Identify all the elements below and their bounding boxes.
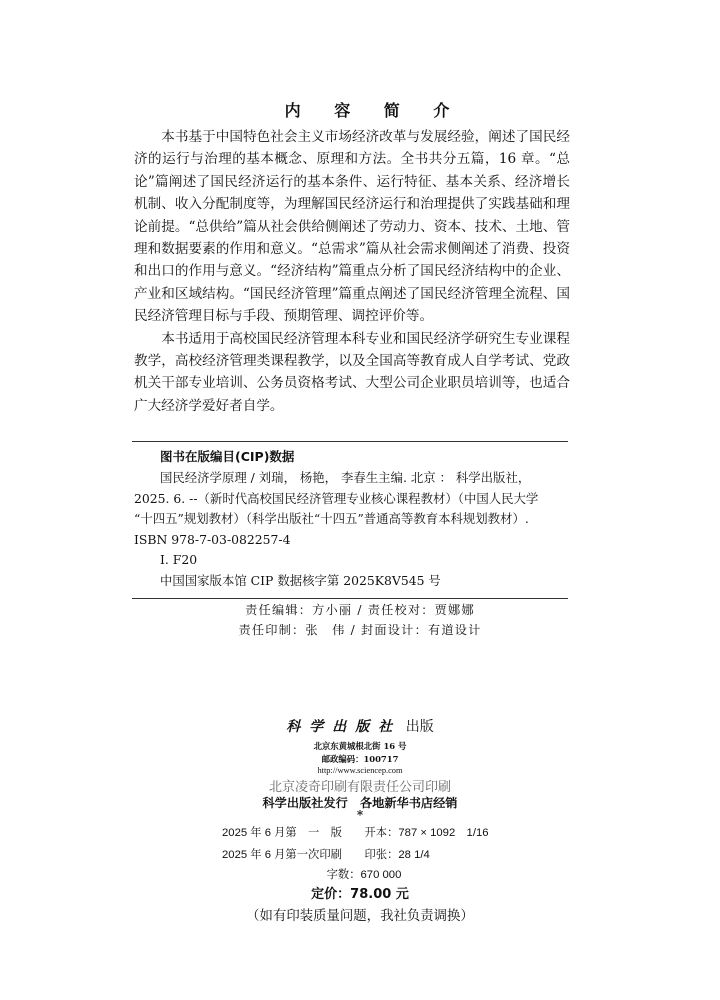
printer-line: 北京凌奇印刷有限责任公司印刷 [0,776,720,795]
cip-record-number: 中国国家版本馆 CIP 数据核字第 2025K8V545 号 [134,571,570,592]
publisher-logo: 科学出版社 出版 [0,716,720,736]
publisher-postcode: 邮政编码：100717 [0,753,720,765]
printing-info: 2025 年 6 月第一次印刷 印张：28 1/4 [222,846,430,862]
cip-data-block: 国民经济学原理 / 刘瑞， 杨艳， 李春生主编. 北京 ： 科学出版社， 202… [134,468,570,591]
cip-title-line: 国民经济学原理 / 刘瑞， 杨艳， 李春生主编. 北京 ： 科学出版社， [134,468,570,489]
publisher-website: http://www.sciencep.com [0,766,720,775]
cip-heading: 图书在版编目(CIP)数据 [160,447,294,465]
cip-top-divider [132,441,568,442]
cip-classification: Ⅰ. F20 [134,550,570,571]
editor-credits: 责任编辑：方小丽 / 责任校对：贾娜娜 [0,601,720,618]
intro-paragraph-1: 本书基于中国特色社会主义市场经济改革与发展经验，阐述了国民经济的运行与治理的基本… [134,126,570,328]
edition-info: 2025 年 6 月第 一 版 开本：787 × 1092 1/16 [222,824,489,840]
intro-paragraph-2: 本书适用于高校国民经济管理本科专业和国民经济学研究生专业课程教学，高校经济管理类… [134,328,570,418]
cip-isbn: ISBN 978-7-03-082257-4 [134,530,570,551]
production-credits: 责任印制：张 伟 / 封面设计：有道设计 [0,621,720,638]
cip-bottom-divider [132,598,568,599]
quality-note: （如有印装质量问题，我社负责调换） [0,905,720,924]
book-introduction: 本书基于中国特色社会主义市场经济改革与发展经验，阐述了国民经济的运行与治理的基本… [134,126,570,417]
publisher-logo-suffix: 出版 [406,719,434,735]
publisher-logo-calligraphy: 科学出版社 [286,719,401,735]
cip-series-line: 2025. 6. --（新时代高校国民经济管理专业核心课程教材）（中国人民大学 [134,489,570,510]
cip-series-line-2: “十四五”规划教材）（科学出版社“十四五”普通高等教育本科规划教材）. [134,509,570,530]
page-title: 内 容 简 介 [0,98,720,121]
publisher-address: 北京东黄城根北街 16 号 [0,740,720,752]
price: 定价：78.00 元 [0,883,720,902]
separator-asterisk: * [0,808,720,822]
word-count: 字数：670 000 [0,866,720,882]
